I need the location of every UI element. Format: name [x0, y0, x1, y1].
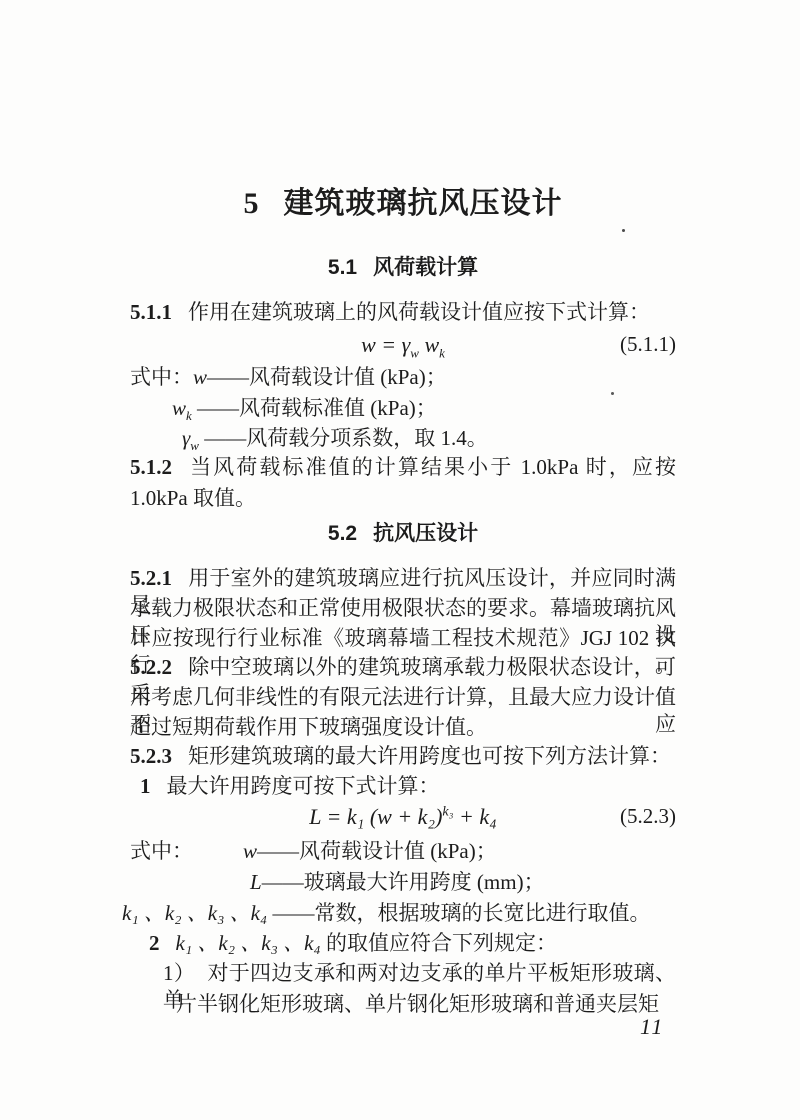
formula-5-2-3: L = k₁ (w + k₂)k₃ + k₄ (5.2.3) [130, 803, 676, 830]
clause-5-2-3: 5.2.3矩形建筑玻璃的最大许用跨度也可按下列方法计算： [130, 743, 676, 770]
where2-line-L: L——玻璃最大许用跨度 (mm)； [130, 869, 676, 896]
chapter-title: 5建筑玻璃抗风压设计 [130, 186, 676, 222]
formula-5-2-3-label: (5.2.3) [620, 803, 676, 830]
where-line-gamma: γw ——风荷载分项系数，取 1.4。 [130, 425, 676, 452]
formula-5-2-3-body: L = k₁ (w + k₂)k₃ + k₄ [309, 804, 497, 829]
section-5-1-number: 5.1 [328, 256, 357, 279]
clause-5-2-1-number: 5.2.1 [130, 566, 172, 590]
clause-5-2-2-number: 5.2.2 [130, 655, 172, 679]
where2-w-desc: ——风荷载设计值 (kPa)； [257, 839, 497, 863]
symbol-wk: wk [172, 396, 192, 420]
symbol-w: w [193, 365, 207, 389]
section-5-1-heading: 5.1风荷载计算 [130, 254, 676, 281]
section-5-1-title: 风荷载计算 [373, 256, 478, 279]
chapter-title-text: 建筑玻璃抗风压设计 [284, 187, 563, 220]
formula-5-1-1: w = γw wk (5.1.1) [130, 331, 676, 358]
clause-5-1-1-number: 5.1.1 [130, 300, 172, 324]
where-line-w: 式中：w——风荷载设计值 (kPa)； [130, 364, 676, 391]
subitem-1-text2: 片半钢化矩形玻璃、单片钢化矩形玻璃和普通夹层矩 [176, 992, 659, 1016]
item-2-number: 2 [149, 931, 160, 955]
item-1-text: 最大许用跨度可按下式计算： [167, 774, 440, 798]
formula-5-1-1-body: w = γw wk [361, 332, 445, 357]
section-5-2-number: 5.2 [328, 522, 357, 545]
where2-line-w: 式中：w——风荷载设计值 (kPa)； [130, 838, 676, 865]
clause-5-1-2-line2: 1.0kPa 取值。 [130, 485, 676, 512]
where-w-desc: ——风荷载设计值 (kPa)； [207, 365, 447, 389]
where-wk-desc: ——风荷载标准值 (kPa)； [192, 396, 437, 420]
section-5-2-title: 抗风压设计 [373, 522, 478, 545]
subitem-1-number: 1） [163, 961, 195, 985]
clause-5-2-3-number: 5.2.3 [130, 744, 172, 768]
where2-L-desc: ——玻璃最大许用跨度 (mm)； [262, 870, 545, 894]
where2-k-desc: ——常数，根据玻璃的长宽比进行取值。 [267, 901, 650, 925]
item-1-number: 1 [140, 774, 151, 798]
item-2: 2k₁ 、k₂ 、k₃ 、k₄ 的取值应符合下列规定： [130, 930, 676, 957]
subitem-1-line2: 片半钢化矩形玻璃、单片钢化矩形玻璃和普通夹层矩 [130, 991, 676, 1018]
clause-5-2-3-text: 矩形建筑玻璃的最大许用跨度也可按下列方法计算： [188, 744, 671, 768]
where-gamma-desc: ——风荷载分项系数，取 1.4。 [199, 426, 488, 450]
document-page: 5建筑玻璃抗风压设计 5.1风荷载计算 5.1.1作用在建筑玻璃上的风荷载设计值… [0, 0, 800, 1120]
symbol-gamma-w: γw [182, 426, 199, 450]
item-2-text: 的取值应符合下列规定： [321, 931, 557, 955]
item-2-symbols: k₁ 、k₂ 、k₃ 、k₄ [176, 931, 321, 955]
clause-5-1-2-text1: 当风荷载标准值的计算结果小于 1.0kPa 时，应按 [188, 455, 676, 479]
clause-5-1-2-number: 5.1.2 [130, 455, 172, 479]
clause-5-2-2-text3: 超过短期荷载作用下玻璃强度设计值。 [130, 715, 487, 739]
clause-5-1-1-text: 作用在建筑玻璃上的风荷载设计值应按下式计算： [188, 300, 650, 324]
formula-5-1-1-label: (5.1.1) [620, 331, 676, 358]
chapter-number: 5 [244, 187, 260, 220]
clause-5-2-2-line3: 超过短期荷载作用下玻璃强度设计值。 [130, 714, 676, 741]
symbol2-L: L [250, 870, 262, 894]
symbol2-w: w [243, 839, 257, 863]
symbols-k1-k4: k₁ 、k₂ 、k₃ 、k₄ [122, 901, 267, 925]
clause-5-1-1: 5.1.1作用在建筑玻璃上的风荷载设计值应按下式计算： [130, 299, 676, 326]
where2-line-k: k₁ 、k₂ 、k₃ 、k₄ ——常数，根据玻璃的长宽比进行取值。 [122, 900, 676, 927]
clause-5-1-2-text2: 1.0kPa 取值。 [130, 486, 256, 510]
scan-speck [622, 229, 625, 232]
where-line-wk: wk ——风荷载标准值 (kPa)； [130, 395, 676, 422]
where-label: 式中： [130, 365, 193, 389]
clause-5-1-2-line1: 5.1.2当风荷载标准值的计算结果小于 1.0kPa 时，应按 [130, 454, 676, 481]
page-number: 11 [640, 1014, 664, 1040]
where2-label: 式中： [130, 839, 193, 863]
item-1: 1最大许用跨度可按下式计算： [130, 773, 676, 800]
scan-speck [611, 392, 614, 395]
section-5-2-heading: 5.2抗风压设计 [130, 520, 676, 547]
